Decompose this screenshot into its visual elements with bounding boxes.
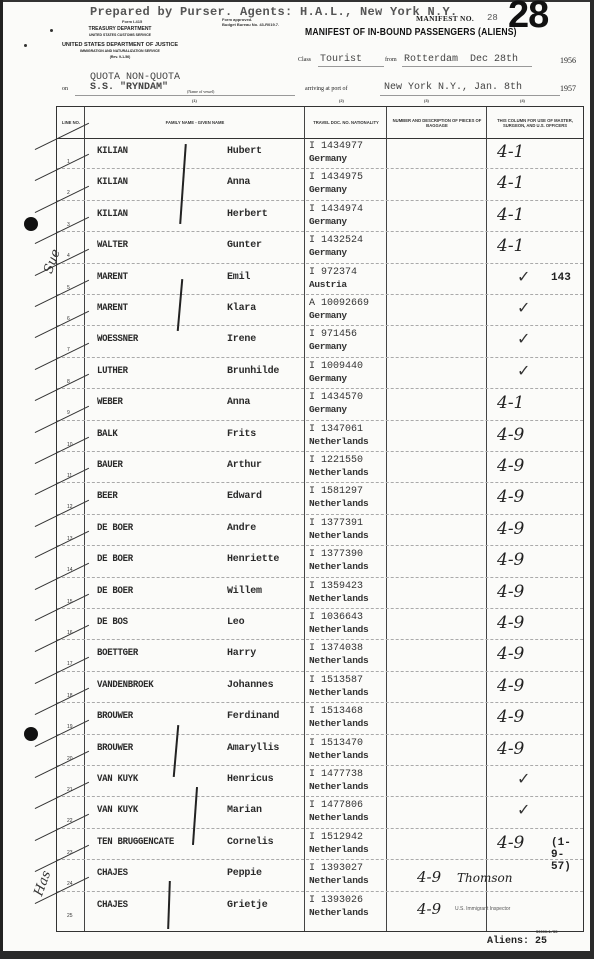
family-name: BROUWER <box>97 711 133 722</box>
given-name: Anna <box>227 397 250 408</box>
from-port: Rotterdam <box>404 54 458 65</box>
table-row: 1KILIANHubertI 1434977Germany4-1 <box>57 138 583 169</box>
vessel-name: S.S. "RYNDAM" <box>90 82 168 93</box>
given-name: Amaryllis <box>227 743 279 754</box>
officer-checkmark-icon: ✓ <box>517 361 530 380</box>
table-row: 17BOETTGERHarryI 1374038Netherlands4-9 <box>57 640 583 671</box>
travel-doc-number: I 1513587 <box>309 675 363 686</box>
travel-doc-number: I 1347061 <box>309 424 363 435</box>
nationality: Netherlands <box>309 530 368 541</box>
travel-doc-number: I 971456 <box>309 329 357 340</box>
table-row: 24CHAJESPeppieI 1393027Netherlands4-9Tho… <box>57 860 583 891</box>
family-name: VANDENBROEK <box>97 680 153 691</box>
page-bottom-edge <box>0 951 594 959</box>
nationality: Netherlands <box>309 875 368 886</box>
travel-doc-number: A 10092669 <box>309 298 369 309</box>
header-line-no: LINE NO. <box>57 107 85 138</box>
officer-annotation-extra: 143 <box>551 272 571 284</box>
officer-checkmark-icon: ✓ <box>517 329 530 348</box>
nationality: Netherlands <box>309 467 368 478</box>
nationality: Netherlands <box>309 593 368 604</box>
table-row: 13DE BOERAndreI 1377391Netherlands4-9 <box>57 515 583 546</box>
table-row: 3KILIANHerbertI 1434974Germany4-1 <box>57 201 583 232</box>
aliens-total: Aliens: 25 <box>487 936 547 947</box>
vessel-underline <box>75 95 295 96</box>
travel-doc-number: I 1374038 <box>309 643 363 654</box>
family-name: BEER <box>97 491 118 502</box>
nationality: Austria <box>309 279 347 290</box>
given-name: Willem <box>227 586 262 597</box>
arriving-label: arriving at port of <box>305 86 348 92</box>
travel-doc-number: I 1393027 <box>309 863 363 874</box>
given-name: Harry <box>227 648 256 659</box>
travel-doc-number: I 1513468 <box>309 706 363 717</box>
travel-doc-number: I 1432524 <box>309 235 363 246</box>
arrival-port-date: New York N.Y., Jan. 8th <box>384 82 522 93</box>
from-underline <box>402 66 532 67</box>
nationality: Netherlands <box>309 687 368 698</box>
table-row: 12BEEREdwardI 1581297Netherlands4-9 <box>57 483 583 514</box>
form-approval: Form approved. Budget Bureau No. 43-R019… <box>222 17 279 27</box>
officer-annotation: 4-9 <box>497 519 524 539</box>
given-name: Cornelis <box>227 837 273 848</box>
officer-annotation: 4-9 <box>497 644 524 664</box>
travel-doc-number: I 1377391 <box>309 518 363 529</box>
customs-service: UNITED STATES CUSTOMS SERVICE <box>70 32 170 38</box>
officer-annotation: 4-9 <box>497 582 524 602</box>
given-name: Andre <box>227 523 256 534</box>
nationality: Germany <box>309 373 347 384</box>
nationality: Germany <box>309 216 347 227</box>
line-number: 25 <box>67 913 73 919</box>
nationality: Netherlands <box>309 781 368 792</box>
header-name: FAMILY NAME - GIVEN NAME <box>85 107 305 138</box>
given-name: Emil <box>227 272 250 283</box>
given-name: Henricus <box>227 774 273 785</box>
given-name: Brunhilde <box>227 366 279 377</box>
table-row: 6MARENTKlaraA 10092669Germany✓ <box>57 295 583 326</box>
family-name: BAUER <box>97 460 123 471</box>
table-row: 10BALKFritsI 1347061Netherlands4-9 <box>57 421 583 452</box>
given-name: Gunter <box>227 240 262 251</box>
departure-year: 1956 <box>560 56 576 65</box>
travel-doc-number: I 1221550 <box>309 455 363 466</box>
table-row: 11BAUERArthurI 1221550Netherlands4-9 <box>57 452 583 483</box>
officer-annotation: 4-9 <box>417 900 441 918</box>
table-row: 20BROUWERAmaryllisI 1513470Netherlands4-… <box>57 735 583 766</box>
table-row: 5MARENTEmilI 972374Austria✓143 <box>57 264 583 295</box>
bullet-mark <box>24 44 27 47</box>
officer-annotation: 4-9 <box>497 707 524 727</box>
table-row: 15DE BOERWillemI 1359423Netherlands4-9 <box>57 578 583 609</box>
officer-annotation: 4-1 <box>497 142 524 162</box>
officer-annotation: 4-1 <box>497 205 524 225</box>
page-left-edge <box>0 0 3 959</box>
travel-doc-number: I 1009440 <box>309 361 363 372</box>
travel-doc-number: I 1377390 <box>309 549 363 560</box>
column-number-1: (1) <box>192 98 197 103</box>
table-row: 8LUTHERBrunhildeI 1009440Germany✓ <box>57 358 583 389</box>
family-name: MARENT <box>97 303 128 314</box>
nationality: Netherlands <box>309 436 368 447</box>
table-header: LINE NO. FAMILY NAME - GIVEN NAME TRAVEL… <box>57 107 583 139</box>
family-name: DE BOS <box>97 617 128 628</box>
travel-doc-number: I 1434975 <box>309 172 363 183</box>
vessel-caption: (Name of vessel) <box>187 89 214 94</box>
officer-annotation: 4-9 <box>497 676 524 696</box>
column-number-2: (2) <box>339 98 344 103</box>
given-name: Frits <box>227 429 256 440</box>
table-row: 4WALTERGunterI 1432524Germany4-1 <box>57 232 583 263</box>
travel-doc-number: I 1359423 <box>309 581 363 592</box>
nationality: Netherlands <box>309 812 368 823</box>
given-name: Leo <box>227 617 244 628</box>
travel-doc-number: I 1434570 <box>309 392 363 403</box>
family-name: DE BOER <box>97 586 133 597</box>
family-name: BALK <box>97 429 118 440</box>
given-name: Herbert <box>227 209 268 220</box>
nationality: Netherlands <box>309 750 368 761</box>
manifest-title: MANIFEST OF IN-BOUND PASSENGERS (ALIENS) <box>305 27 517 38</box>
family-name: BROUWER <box>97 743 133 754</box>
travel-doc-number: I 1513470 <box>309 738 363 749</box>
table-row: 18VANDENBROEKJohannesI 1513587Netherland… <box>57 672 583 703</box>
given-name: Grietje <box>227 900 268 911</box>
family-name: TEN BRUGGENCATE <box>97 837 174 848</box>
family-name: MARENT <box>97 272 128 283</box>
officer-annotation: 4-1 <box>497 173 524 193</box>
officer-checkmark-icon: ✓ <box>517 267 530 286</box>
nationality: Germany <box>309 184 347 195</box>
travel-doc-number: I 1036643 <box>309 612 363 623</box>
manifest-number-label: MANIFEST NO. <box>416 14 474 23</box>
officer-annotation: 4-9 <box>497 487 524 507</box>
family-name: KILIAN <box>97 209 128 220</box>
officer-annotation: 4-9 <box>417 868 441 886</box>
header-officers: THIS COLUMN FOR USE OF MASTER, SURGEON, … <box>487 107 583 138</box>
from-label: from <box>385 57 397 63</box>
officer-annotation: 4-9 <box>497 550 524 570</box>
travel-doc-number: I 1477738 <box>309 769 363 780</box>
family-name: BOETTGER <box>97 648 138 659</box>
family-name: DE BOER <box>97 523 133 534</box>
header-travel-doc: TRAVEL DOC. NO. NATIONALITY <box>305 107 387 138</box>
table-row: 21VAN KUYKHenricusI 1477738Netherlands✓ <box>57 766 583 797</box>
given-name: Arthur <box>227 460 262 471</box>
officer-checkmark-icon: ✓ <box>517 800 530 819</box>
class-value: Tourist <box>320 54 362 65</box>
given-name: Ferdinand <box>227 711 279 722</box>
table-row: 25CHAJESGrietjeI 1393026Netherlands4-9U.… <box>57 892 583 923</box>
page-top-edge <box>0 0 594 2</box>
vessel-row: on S.S. "RYNDAM" (Name of vessel) arrivi… <box>0 82 594 96</box>
given-name: Peppie <box>227 868 262 879</box>
class-route-row: Class Tourist from Rotterdam Dec 28th 19… <box>0 53 594 67</box>
officer-annotation: 4-9 <box>497 833 524 853</box>
punch-hole <box>24 727 38 741</box>
nationality: Netherlands <box>309 498 368 509</box>
nationality: Germany <box>309 247 347 258</box>
given-name: Johannes <box>227 680 273 691</box>
officer-annotation: 4-9 <box>497 425 524 445</box>
class-label: Class <box>298 57 311 63</box>
departure-date: Dec 28th <box>470 54 518 65</box>
punch-hole <box>24 217 38 231</box>
travel-doc-number: I 1393026 <box>309 895 363 906</box>
family-name: CHAJES <box>97 900 128 911</box>
nationality: Netherlands <box>309 561 368 572</box>
form-number: Form I-415 <box>122 19 142 24</box>
nationality: Germany <box>309 404 347 415</box>
family-name: LUTHER <box>97 366 128 377</box>
given-name: Marian <box>227 805 262 816</box>
table-row: 16DE BOSLeoI 1036643Netherlands4-9 <box>57 609 583 640</box>
travel-doc-number: I 972374 <box>309 267 357 278</box>
nationality: Netherlands <box>309 844 368 855</box>
table-row: 9WEBERAnnaI 1434570Germany4-1 <box>57 389 583 420</box>
officer-annotation: 4-9 <box>497 456 524 476</box>
nationality: Netherlands <box>309 655 368 666</box>
nationality: Germany <box>309 341 347 352</box>
officer-checkmark-icon: ✓ <box>517 298 530 317</box>
class-underline <box>318 66 384 67</box>
arrival-year: 1957 <box>560 84 576 93</box>
form-code: 59090-1-'55 <box>536 929 557 934</box>
family-name: DE BOER <box>97 554 133 565</box>
given-name: Hubert <box>227 146 262 157</box>
table-row: 19BROUWERFerdinandI 1513468Netherlands4-… <box>57 703 583 734</box>
header-baggage: NUMBER AND DESCRIPTION OF PIECES OF BAGG… <box>387 107 487 138</box>
travel-doc-number: I 1581297 <box>309 486 363 497</box>
treasury-block: TREASURY DEPARTMENT UNITED STATES CUSTOM… <box>70 26 170 38</box>
family-name: KILIAN <box>97 177 128 188</box>
officer-annotation: 4-1 <box>497 393 524 413</box>
travel-doc-number: I 1434974 <box>309 204 363 215</box>
given-name: Klara <box>227 303 256 314</box>
nationality: Germany <box>309 310 347 321</box>
column-number-4: (4) <box>520 98 525 103</box>
column-number-3: (3) <box>424 98 429 103</box>
family-name: VAN KUYK <box>97 774 138 785</box>
table-row: 23TEN BRUGGENCATECornelisI 1512942Nether… <box>57 829 583 860</box>
given-name: Henriette <box>227 554 279 565</box>
officer-annotation: 4-1 <box>497 236 524 256</box>
officer-annotation: 4-9 <box>497 613 524 633</box>
budget-bureau-text: Budget Bureau No. 43-R019.7. <box>222 22 279 27</box>
given-name: Edward <box>227 491 262 502</box>
page-right-edge <box>590 0 594 959</box>
inspector-stamp: U.S. Immigrant Inspector <box>455 906 510 912</box>
inspector-signature: Thomson <box>457 871 512 885</box>
table-row: 14DE BOERHenrietteI 1377390Netherlands4-… <box>57 546 583 577</box>
bullet-mark <box>50 29 53 32</box>
family-name: CHAJES <box>97 868 128 879</box>
nationality: Germany <box>309 153 347 164</box>
table-row: 22VAN KUYKMarianI 1477806Netherlands✓ <box>57 797 583 828</box>
nationality: Netherlands <box>309 718 368 729</box>
family-name: WALTER <box>97 240 128 251</box>
passenger-manifest-table: LINE NO. FAMILY NAME - GIVEN NAME TRAVEL… <box>56 106 584 932</box>
officer-annotation: 4-9 <box>497 739 524 759</box>
given-name: Irene <box>227 334 256 345</box>
nationality: Netherlands <box>309 624 368 635</box>
table-row: 2KILIANAnnaI 1434975Germany4-1 <box>57 169 583 200</box>
arrival-underline <box>380 95 560 96</box>
travel-doc-number: I 1434977 <box>309 141 363 152</box>
table-row: 7WOESSNERIreneI 971456Germany✓ <box>57 326 583 357</box>
family-name: WEBER <box>97 397 123 408</box>
family-name: WOESSNER <box>97 334 138 345</box>
on-label: on <box>62 86 68 92</box>
family-name: VAN KUYK <box>97 805 138 816</box>
family-name: KILIAN <box>97 146 128 157</box>
nationality: Netherlands <box>309 907 368 918</box>
given-name: Anna <box>227 177 250 188</box>
travel-doc-number: I 1512942 <box>309 832 363 843</box>
travel-doc-number: I 1477806 <box>309 800 363 811</box>
officer-checkmark-icon: ✓ <box>517 769 530 788</box>
manifest-number-typed: 28 <box>487 13 498 23</box>
